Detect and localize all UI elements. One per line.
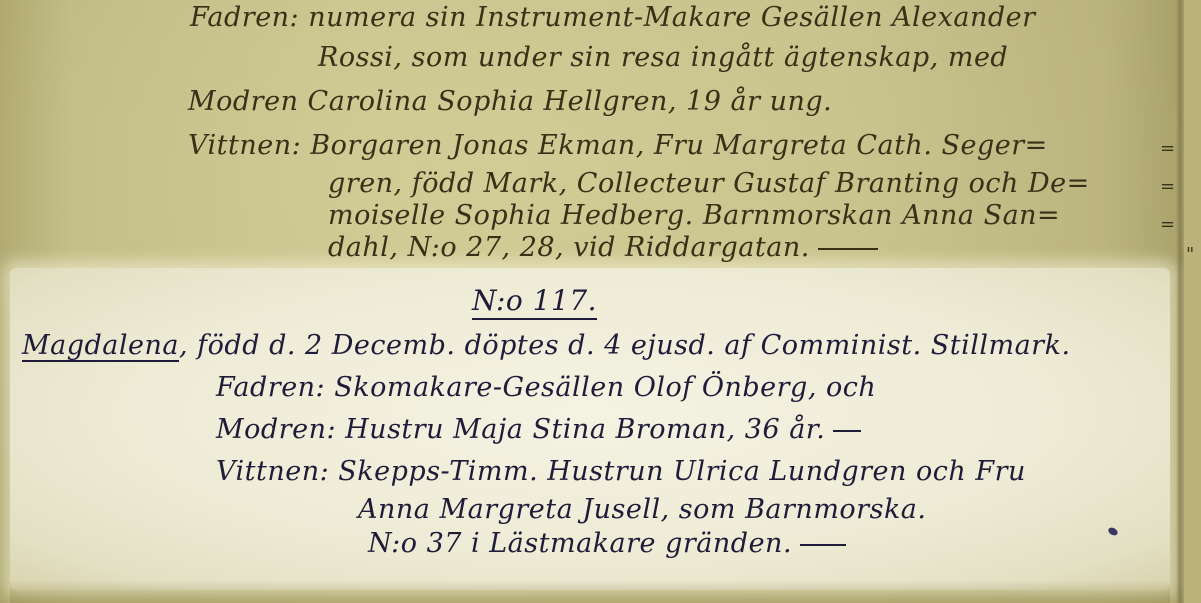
entry-birth-line: Magdalena, född d. 2 Decemb. döptes d. 4… bbox=[22, 330, 1071, 361]
witnesses-line-2: Anna Margreta Jusell, som Barnmorska. bbox=[358, 494, 926, 525]
previous-entry-line-2: Rossi, som under sin resa ingått ägtensk… bbox=[318, 42, 1008, 73]
register-page: Fadren: numera sin Instrument-Makare Ges… bbox=[0, 0, 1201, 603]
end-dash bbox=[833, 430, 861, 432]
page-outer-strip bbox=[1184, 0, 1201, 603]
binding-edge bbox=[1176, 0, 1184, 603]
mother-line: Modren: Hustru Maja Stina Broman, 36 år. bbox=[216, 414, 861, 445]
previous-entry-line-7-text: dahl, N:o 27, 28, vid Riddargatan. bbox=[328, 232, 810, 263]
entry-number: N:o 117. bbox=[472, 284, 597, 317]
previous-entry-line-5: gren, född Mark, Collecteur Gustaf Brant… bbox=[328, 168, 1090, 199]
previous-entry-line-6: moiselle Sophia Hedberg. Barnmorskan Ann… bbox=[328, 200, 1060, 231]
margin-mark: = bbox=[1160, 214, 1175, 235]
margin-mark: " bbox=[1186, 244, 1194, 265]
previous-entry-line-3: Modren Carolina Sophia Hellgren, 19 år u… bbox=[188, 86, 832, 117]
address-line-text: N:o 37 i Lästmakare gränden. bbox=[368, 528, 792, 559]
father-line: Fadren: Skomakare-Gesällen Olof Önberg, … bbox=[216, 372, 876, 403]
previous-entry-line-7: dahl, N:o 27, 28, vid Riddargatan. bbox=[328, 232, 878, 263]
address-line: N:o 37 i Lästmakare gränden. bbox=[368, 528, 846, 559]
margin-mark: = bbox=[1160, 138, 1175, 159]
end-dash bbox=[800, 544, 846, 546]
mother-line-text: Modren: Hustru Maja Stina Broman, 36 år. bbox=[216, 414, 825, 445]
child-name: Magdalena bbox=[22, 330, 179, 361]
end-dash bbox=[818, 248, 878, 250]
birth-details: , född d. 2 Decemb. döptes d. 4 ejusd. a… bbox=[179, 330, 1071, 361]
previous-entry-line-4: Vittnen: Borgaren Jonas Ekman, Fru Margr… bbox=[188, 130, 1048, 161]
margin-mark: = bbox=[1160, 176, 1175, 197]
witnesses-line-1: Vittnen: Skepps-Timm. Hustrun Ulrica Lun… bbox=[216, 456, 1026, 487]
previous-entry-line-1: Fadren: numera sin Instrument-Makare Ges… bbox=[190, 2, 1036, 33]
